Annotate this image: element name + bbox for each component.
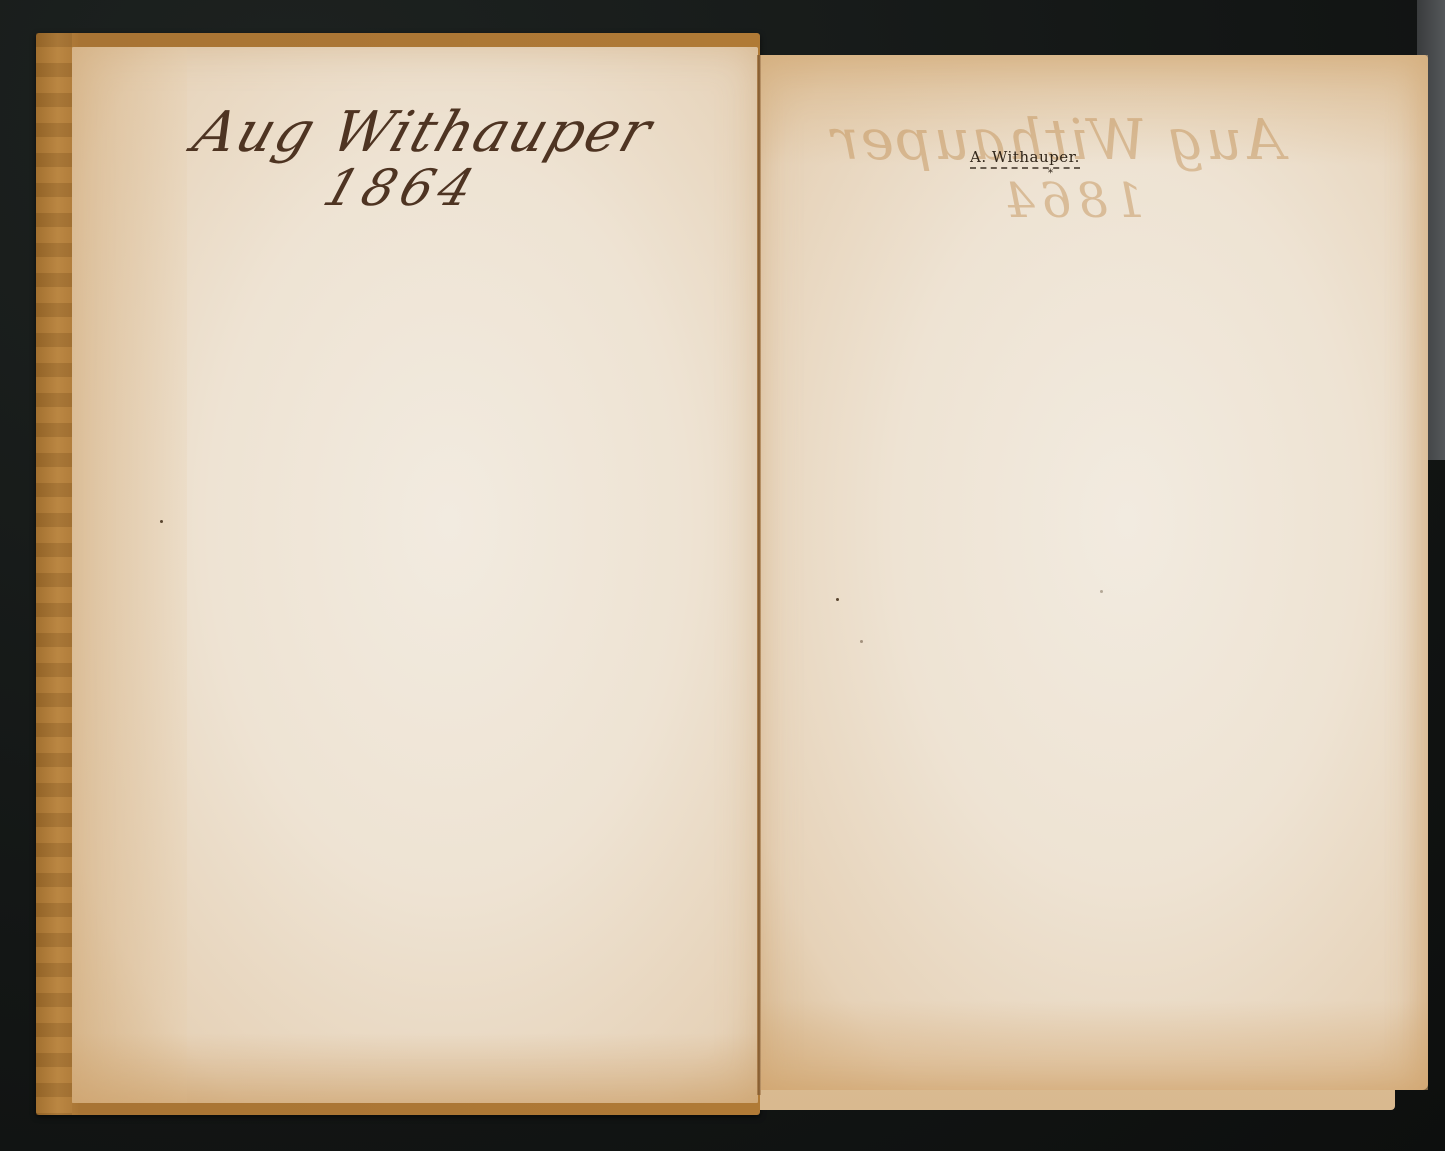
foxing-speck bbox=[860, 640, 863, 643]
owner-stamp: A. Withauper. bbox=[970, 148, 1080, 169]
ownership-inscription: Aug Withauper 1864 bbox=[196, 100, 650, 217]
foxing-speck bbox=[1100, 590, 1103, 593]
inscription-name: Aug Withauper bbox=[185, 100, 661, 165]
foxing-bottom bbox=[760, 1000, 1428, 1090]
foxing-speck bbox=[836, 598, 839, 601]
foxing-band bbox=[72, 47, 187, 1103]
book-gutter bbox=[757, 55, 761, 1095]
foxing-speck bbox=[160, 520, 163, 523]
stamp-star-icon: * bbox=[1048, 168, 1053, 179]
inscription-year: 1864 bbox=[317, 159, 660, 217]
ghost-year: 1864 bbox=[830, 173, 1144, 229]
foxing-bottom bbox=[72, 1033, 758, 1103]
cover-wear bbox=[36, 33, 72, 1115]
